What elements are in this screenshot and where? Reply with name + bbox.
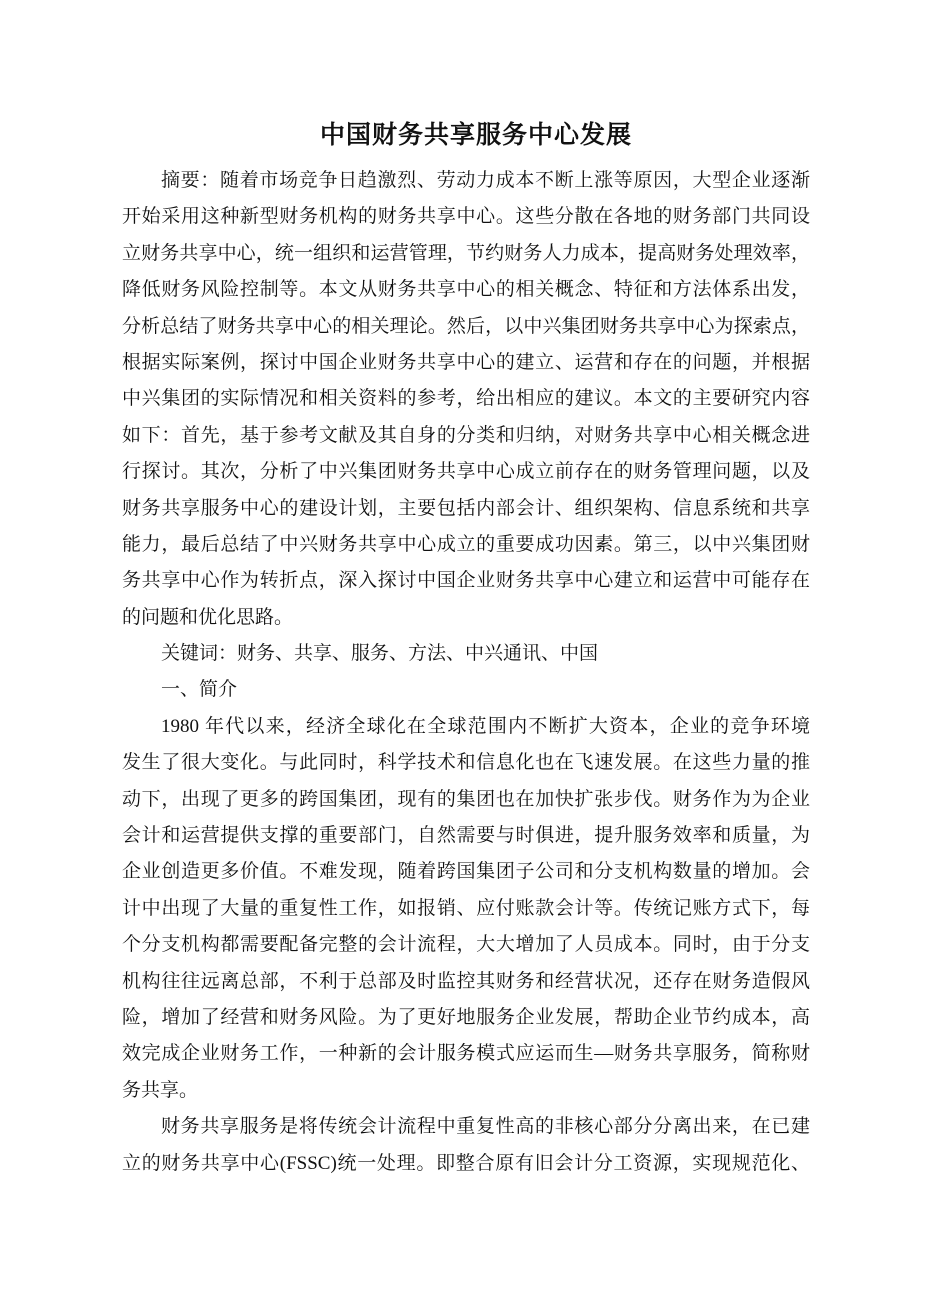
text-line: 动下，出现了更多的跨国集团，现有的集团也在加快扩张步伐。财务作为为企业: [122, 782, 810, 818]
text-line: 立财务共享中心，统一组织和运营管理，节约财务人力成本，提高财务处理效率，: [122, 236, 810, 272]
text-line: 根据实际案例，探讨中国企业财务共享中心的建立、运营和存在的问题，并根据: [122, 345, 810, 381]
text-line: 企业创造更多价值。不难发现，随着跨国集团子公司和分支机构数量的增加。会: [122, 854, 810, 890]
text-line: 降低财务风险控制等。本文从财务共享中心的相关概念、特征和方法体系出发，: [122, 272, 810, 308]
text-line: 分析总结了财务共享中心的相关理论。然后，以中兴集团财务共享中心为探索点，: [122, 309, 810, 345]
paragraph-abstract: 摘要：随着市场竞争日趋激烈、劳动力成本不断上涨等原因，大型企业逐渐 开始采用这种…: [122, 163, 810, 636]
text-line: 机构往往远离总部，不利于总部及时监控其财务和经营状况，还存在财务造假风: [122, 964, 810, 1000]
keywords-line: 关键词：财务、共享、服务、方法、中兴通讯、中国: [122, 636, 810, 672]
section-heading-intro: 一、简介: [122, 672, 810, 708]
text-line: 立的财务共享中心(FSSC)统一处理。即整合原有旧会计分工资源，实现规范化、: [122, 1146, 810, 1182]
text-line: 险，增加了经营和财务风险。为了更好地服务企业发展，帮助企业节约成本，高: [122, 1000, 810, 1036]
text-line: 1980 年代以来，经济全球化在全球范围内不断扩大资本，企业的竞争环境: [122, 709, 810, 745]
text-line: 行探讨。其次，分析了中兴集团财务共享中心成立前存在的财务管理问题，以及: [122, 454, 810, 490]
text-line: 务共享。: [122, 1073, 810, 1109]
text-column: 摘要：随着市场竞争日趋激烈、劳动力成本不断上涨等原因，大型企业逐渐 开始采用这种…: [122, 163, 810, 1182]
text-line: 的问题和优化思路。: [122, 600, 810, 636]
text-line: 发生了很大变化。与此同时，科学技术和信息化也在飞速发展。在这些力量的推: [122, 745, 810, 781]
text-line: 计中出现了大量的重复性工作，如报销、应付账款会计等。传统记账方式下，每: [122, 891, 810, 927]
document-title: 中国财务共享服务中心发展: [122, 114, 810, 156]
text-line: 能力，最后总结了中兴财务共享中心成立的重要成功因素。第三，以中兴集团财: [122, 527, 810, 563]
paragraph-introduction: 1980 年代以来，经济全球化在全球范围内不断扩大资本，企业的竞争环境 发生了很…: [122, 709, 810, 1109]
text-line: 财务共享服务中心的建设计划，主要包括内部会计、组织架构、信息系统和共享: [122, 491, 810, 527]
paragraph-fssc: 财务共享服务是将传统会计流程中重复性高的非核心部分分离出来，在已建 立的财务共享…: [122, 1109, 810, 1182]
text-line: 中兴集团的实际情况和相关资料的参考，给出相应的建议。本文的主要研究内容: [122, 381, 810, 417]
text-line: 摘要：随着市场竞争日趋激烈、劳动力成本不断上涨等原因，大型企业逐渐: [122, 163, 810, 199]
text-line: 务共享中心作为转折点，深入探讨中国企业财务共享中心建立和运营中可能存在: [122, 563, 810, 599]
text-line: 如下：首先，基于参考文献及其自身的分类和归纳，对财务共享中心相关概念进: [122, 418, 810, 454]
text-line: 财务共享服务是将传统会计流程中重复性高的非核心部分分离出来，在已建: [122, 1109, 810, 1145]
text-line: 效完成企业财务工作，一种新的会计服务模式应运而生—财务共享服务，简称财: [122, 1036, 810, 1072]
text-line: 开始采用这种新型财务机构的财务共享中心。这些分散在各地的财务部门共同设: [122, 199, 810, 235]
text-line: 个分支机构都需要配备完整的会计流程，大大增加了人员成本。同时，由于分支: [122, 927, 810, 963]
document-page: 中国财务共享服务中心发展 摘要：随着市场竞争日趋激烈、劳动力成本不断上涨等原因，…: [0, 0, 926, 1309]
text-line: 会计和运营提供支撑的重要部门，自然需要与时俱进，提升服务效率和质量，为: [122, 818, 810, 854]
